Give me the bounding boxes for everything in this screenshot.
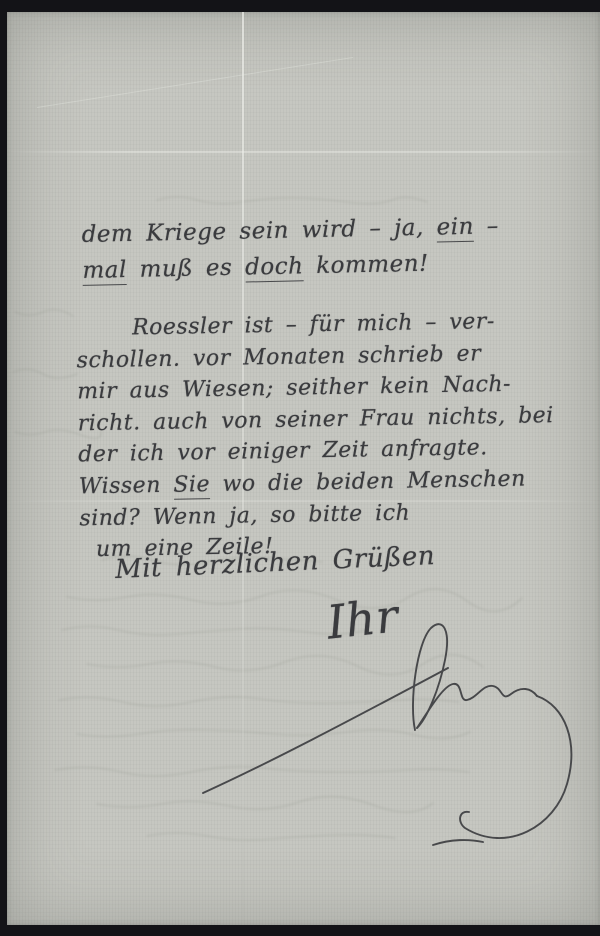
word-run: – [474,213,499,240]
word-run: richt. auch von seiner Frau nichts, bei [78,403,554,436]
word-run: Wissen [79,473,174,500]
word-run: kommen! [303,251,429,280]
letter-paragraph: dem Kriege sein wird – ja, ein –mal muß … [81,207,552,289]
underlined-word: mal [82,257,127,286]
word-run: Roessler ist – für mich – ver- [132,309,495,340]
word-run: muß es [127,255,246,283]
letter-paper: dem Kriege sein wird – ja, ein –mal muß … [7,12,600,925]
word-run: sind? Wenn ja, so bitte ich [79,500,410,531]
horizontal-fold-crease [7,151,600,153]
word-run: mir aus Wiesen; seither kein Nach- [77,372,511,405]
underlined-word: ein [436,214,474,243]
word-run: dem Kriege sein wird – ja, [81,214,436,247]
underlined-word: doch [245,253,304,282]
scanned-letter-page: { "colors": { "scanner_background": "#13… [0,0,600,936]
underlined-word: Sie [173,472,210,500]
word-run: wo die beiden Menschen [210,467,526,498]
letter-valediction: Ihr [324,588,401,649]
word-run: der ich vor einiger Zeit anfragte. [78,436,488,468]
word-run: schollen. vor Monaten schrieb er [76,341,481,373]
letter-paragraph: Roessler ist – für mich – ver-schollen. … [76,305,580,566]
